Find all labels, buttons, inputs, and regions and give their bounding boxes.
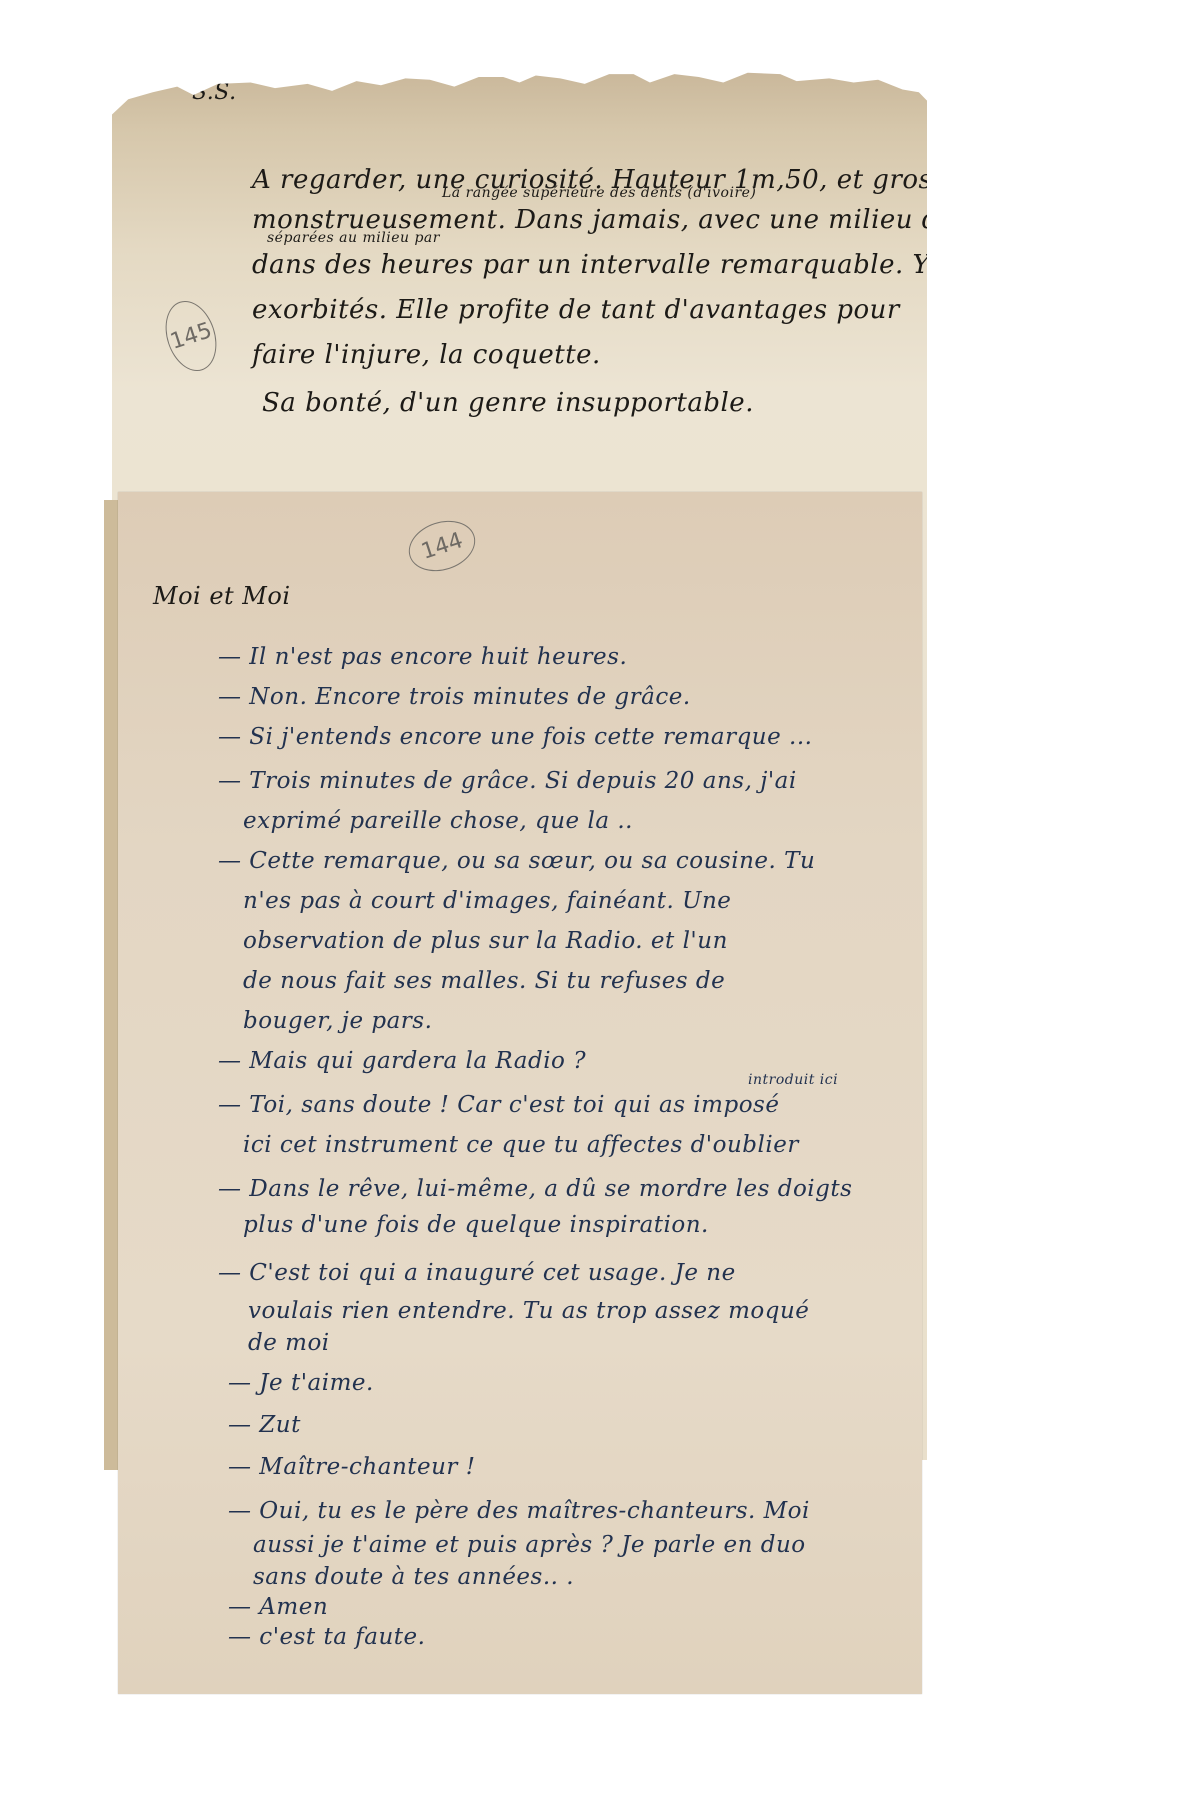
folio-number: 144 — [418, 528, 466, 565]
dialogue-line: — Toi, sans doute ! Car c'est toi qui as… — [218, 1092, 779, 1118]
dialogue-line: sans doute à tes années.. . — [253, 1564, 574, 1590]
dialogue-line: aussi je t'aime et puis après ? Je parle… — [253, 1532, 806, 1558]
manuscript-line: monstrueusement. Dans jamais, avec une m… — [252, 205, 955, 235]
dialogue-line: — Si j'entends encore une fois cette rem… — [218, 724, 812, 750]
dialogue-line: de moi — [248, 1330, 330, 1356]
dialogue-line: — Trois minutes de grâce. Si depuis 20 a… — [218, 768, 797, 794]
dialogue-line: — Dans le rêve, lui-même, a dû se mordre… — [218, 1176, 852, 1202]
marginal-insertion: introduit ici — [748, 1072, 838, 1088]
dialogue-line: — Cette remarque, ou sa sœur, ou sa cous… — [218, 848, 815, 874]
dialogue-line: — Zut — [228, 1412, 301, 1438]
dialogue-line: — Non. Encore trois minutes de grâce. — [218, 684, 691, 710]
dialogue-line: — Mais qui gardera la Radio ? — [218, 1048, 586, 1074]
corner-note: S.S. — [192, 80, 237, 105]
sheet-title: Moi et Moi — [153, 582, 291, 610]
dialogue-line: n'es pas à court d'images, fainéant. Une — [243, 888, 731, 914]
dialogue-line: bouger, je pars. — [243, 1008, 432, 1034]
dialogue-line: — c'est ta faute. — [228, 1624, 425, 1650]
dialogue-line: de nous fait ses malles. Si tu refuses d… — [243, 968, 725, 994]
manuscript-sheet-front: Moi et Moi 144 — Il n'est pas encore hui… — [118, 492, 922, 1694]
dialogue-line: — Il n'est pas encore huit heures. — [218, 644, 627, 670]
dialogue-line: plus d'une fois de quelque inspiration. — [243, 1212, 709, 1238]
dialogue-line: — Amen — [228, 1594, 328, 1620]
dialogue-line: — Oui, tu es le père des maîtres-chanteu… — [228, 1498, 810, 1524]
dialogue-line: voulais rien entendre. Tu as trop assez … — [248, 1298, 809, 1324]
manuscript-line: A regarder, une curiosité. Hauteur 1m,50… — [252, 165, 962, 195]
dialogue-line: — C'est toi qui a inauguré cet usage. Je… — [218, 1260, 736, 1286]
manuscript-line: dans des heures par un intervalle remarq… — [252, 250, 976, 280]
dialogue-line: exprimé pareille chose, que la .. — [243, 808, 633, 834]
dialogue-line: — Maître-chanteur ! — [228, 1454, 476, 1480]
folio-number-circle: 145 — [157, 294, 225, 377]
folio-number-circle: 144 — [402, 513, 482, 580]
manuscript-line: exorbités. Elle profite de tant d'avanta… — [252, 295, 900, 325]
folio-number: 145 — [167, 318, 215, 355]
manuscript-line: Sa bonté, d'un genre insupportable. — [262, 388, 754, 418]
dialogue-line: — Je t'aime. — [228, 1370, 374, 1396]
dialogue-line: observation de plus sur la Radio. et l'u… — [243, 928, 728, 954]
manuscript-line: faire l'injure, la coquette. — [252, 340, 601, 370]
dialogue-line: ici cet instrument ce que tu affectes d'… — [243, 1132, 799, 1158]
